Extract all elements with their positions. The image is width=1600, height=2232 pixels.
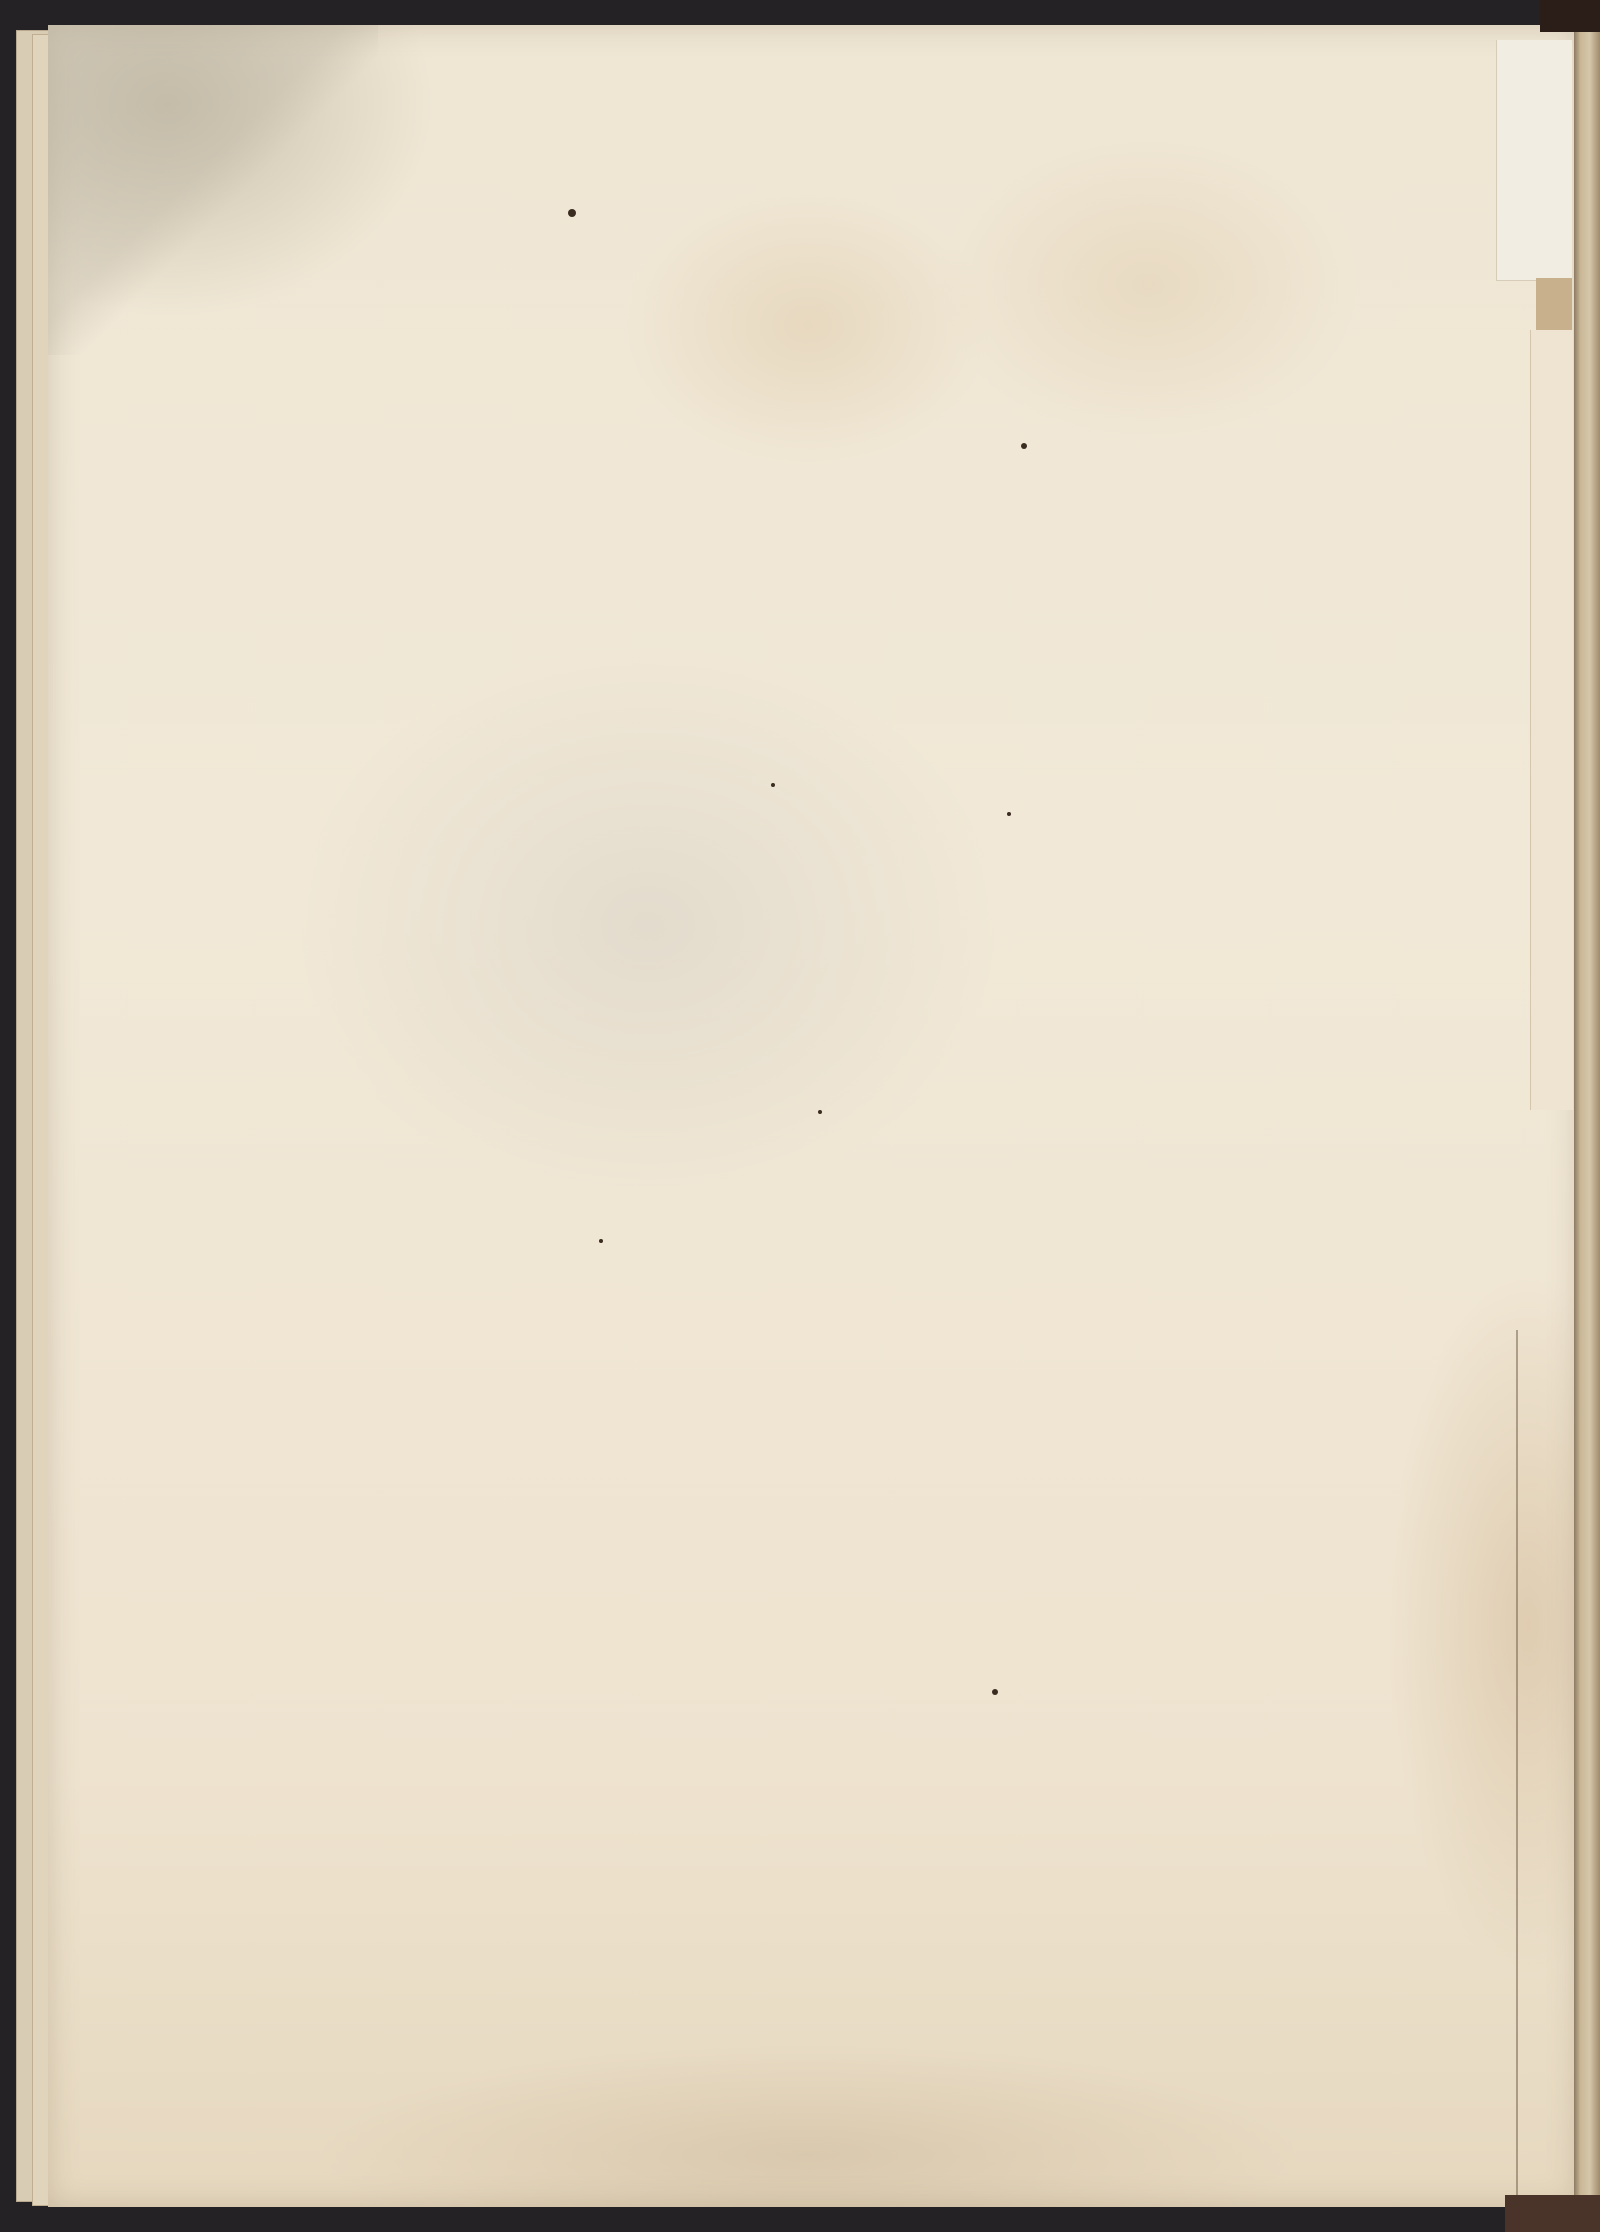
speck bbox=[568, 209, 576, 217]
binding-cover-bottom bbox=[1505, 2195, 1600, 2232]
speck bbox=[992, 1689, 998, 1695]
speck bbox=[1007, 812, 1011, 816]
paper-repair-strip bbox=[1530, 330, 1573, 1110]
speck bbox=[818, 1110, 822, 1114]
fold-crease bbox=[1516, 1330, 1518, 2200]
foxing-stain bbox=[1536, 278, 1572, 330]
paper-repair-strip bbox=[1496, 40, 1572, 281]
speck bbox=[771, 783, 775, 787]
binding-cover-top bbox=[1540, 0, 1600, 32]
paper-page bbox=[48, 25, 1578, 2207]
speck bbox=[599, 1239, 603, 1243]
binding-gutter bbox=[1574, 30, 1600, 2210]
speck bbox=[1021, 443, 1027, 449]
